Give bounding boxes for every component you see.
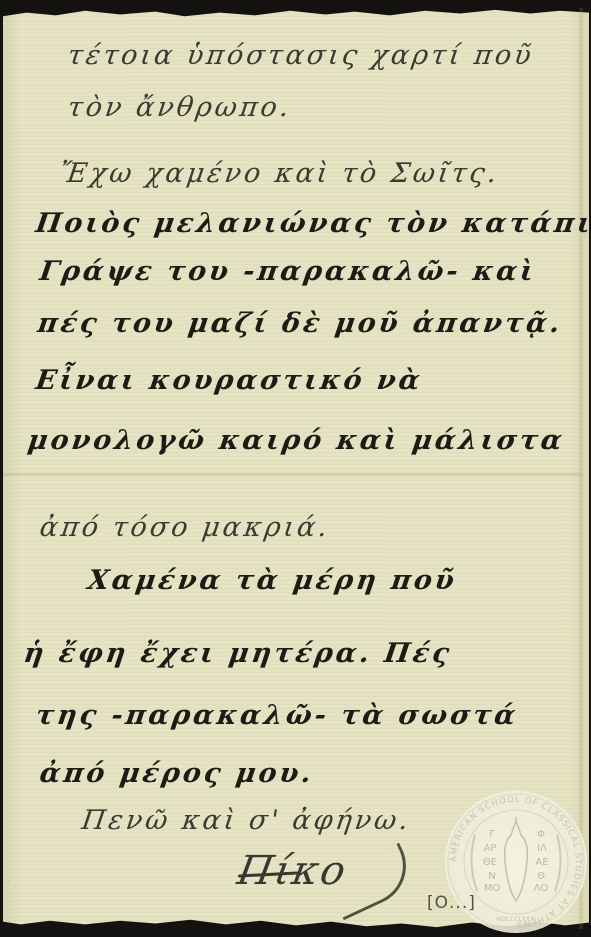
- svg-text:Φ: Φ: [537, 829, 545, 840]
- svg-text:Ν: Ν: [488, 871, 495, 882]
- text-line-4: Ποιὸς μελανιώνας τὸν κατάπιε;: [34, 208, 591, 239]
- text-line-5: Γράψε του -παρακαλῶ- καὶ: [38, 256, 539, 287]
- text-line-3: Ἔχω χαμένο καὶ τὸ Σωῖτς.: [58, 158, 502, 189]
- archive-reference-pencil: [Ο...]: [427, 893, 476, 913]
- text-line-11: ἡ ἔφη ἔχει μητέρα. Πές: [22, 638, 454, 669]
- svg-text:Γ: Γ: [489, 829, 495, 840]
- svg-text:Θ: Θ: [537, 871, 545, 882]
- document-viewer: τέτοια ὑπόστασις χαρτί ποῦ τὸν ἄνθρωπο. …: [0, 0, 591, 937]
- svg-text:MDCCCLXXXI: MDCCCLXXXI: [496, 916, 536, 923]
- svg-text:ΑΕ: ΑΕ: [535, 857, 548, 868]
- text-line-13: ἀπό μέρος μου.: [38, 758, 316, 789]
- text-line-1: τέτοια ὑπόστασις χαρτί ποῦ: [66, 40, 536, 71]
- text-line-14: Πενῶ καὶ σ' ἀφήνω.: [80, 805, 413, 836]
- text-line-7: Εἶναι κουραστικό νὰ: [34, 365, 425, 396]
- text-line-9: ἀπό τόσο μακριά.: [38, 512, 332, 543]
- text-line-6: πές του μαζί δὲ μοῦ ἀπαντᾷ.: [36, 308, 565, 339]
- svg-text:ΜΟ: ΜΟ: [484, 883, 501, 894]
- svg-text:ΘΕ: ΘΕ: [483, 857, 497, 868]
- text-line-2: τὸν ἄνθρωπο.: [66, 92, 294, 123]
- text-line-10: Χαμένα τὰ μέρη ποῦ: [86, 565, 459, 596]
- faint-pencil-mark: ···: [14, 882, 23, 892]
- text-line-12: της -παρακαλῶ- τὰ σωστά: [34, 700, 521, 731]
- svg-text:ΙΛ: ΙΛ: [537, 843, 547, 854]
- svg-text:ΛΟ: ΛΟ: [534, 883, 549, 894]
- svg-text:ΑΡ: ΑΡ: [484, 843, 497, 854]
- text-line-8: μονολογῶ καιρό καὶ μάλιστα: [26, 425, 567, 456]
